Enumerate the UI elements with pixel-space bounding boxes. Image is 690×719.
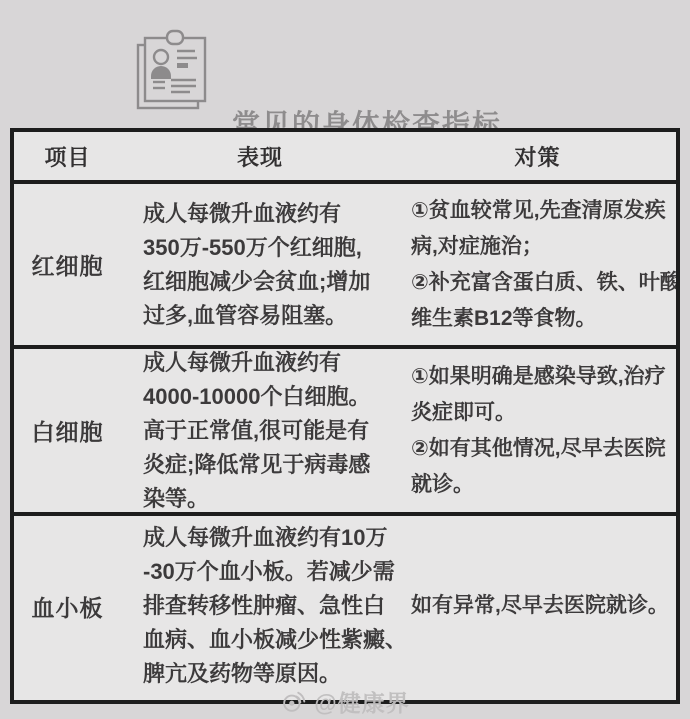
table-row-platelets: 血小板 成人每微升血液约有10万 -30万个血小板。若减少需 排查转移性肿瘤、急… xyxy=(14,512,676,696)
row-countermeasure: ①如果明确是感染导致,治疗 炎症即可。 ②如有其他情况,尽早去医院 就诊。 xyxy=(399,359,676,503)
table-row-white-blood-cells: 白细胞 成人每微升血液约有 4000-10000个白细胞。 高于正常值,很可能是… xyxy=(14,345,676,512)
row-item-label: 血小板 xyxy=(14,590,121,623)
row-manifestation: 成人每微升血液约有10万 -30万个血小板。若减少需 排查转移性肿瘤、急性白 血… xyxy=(121,521,399,691)
infographic-page: { "page": { "background": "#d8d6d7", "ta… xyxy=(0,0,690,719)
table-header-row: 项目 表现 对策 xyxy=(14,132,676,184)
medical-report-icon xyxy=(128,24,218,116)
row-countermeasure: 如有异常,尽早去医院就诊。 xyxy=(399,588,676,624)
column-header-item: 项目 xyxy=(14,141,121,172)
row-countermeasure: ①贫血较常见,先查清原发疾 病,对症施治； ②补充富含蛋白质、铁、叶酸、 维生素… xyxy=(399,193,676,337)
indicators-table: 项目 表现 对策 红细胞 成人每微升血液约有 350万-550万个红细胞, 红细… xyxy=(10,128,680,704)
row-manifestation: 成人每微升血液约有 4000-10000个白细胞。 高于正常值,很可能是有 炎症… xyxy=(121,346,399,516)
header-section: 常见的身体检查指标， 分别代表什么意思？ xyxy=(0,0,690,128)
column-header-countermeasure: 对策 xyxy=(399,141,676,172)
table-row-red-blood-cells: 红细胞 成人每微升血液约有 350万-550万个红细胞, 红细胞减少会贫血;增加… xyxy=(14,184,676,345)
row-item-label: 白细胞 xyxy=(14,414,121,447)
column-header-manifestation: 表现 xyxy=(121,141,399,172)
row-manifestation: 成人每微升血液约有 350万-550万个红细胞, 红细胞减少会贫血;增加 过多,… xyxy=(121,197,399,333)
row-item-label: 红细胞 xyxy=(14,248,121,281)
